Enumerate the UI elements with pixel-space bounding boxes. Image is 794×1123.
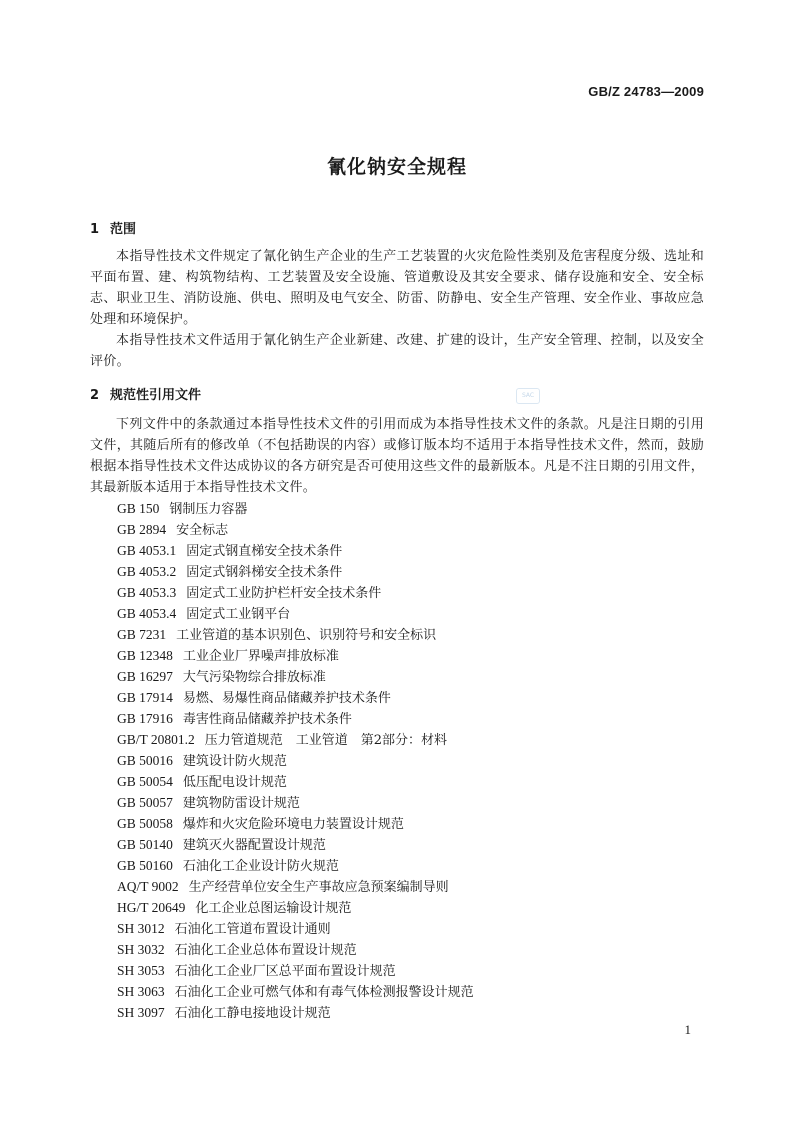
reference-code: GB 7231 [117,627,166,642]
reference-item: SH 3032石油化工企业总体布置设计规范 [117,939,474,960]
reference-item: SH 3012石油化工管道布置设计通则 [117,918,474,939]
reference-code: HG/T 20649 [117,900,185,915]
reference-title: 安全标志 [176,523,228,538]
reference-code: GB 16297 [117,669,173,684]
reference-item: GB 4053.3固定式工业防护栏杆安全技术条件 [117,582,474,603]
references-intro-paragraph: 下列文件中的条款通过本指导性技术文件的引用而成为本指导性技术文件的条款。凡是注日… [90,414,704,498]
reference-item: GB/T 20801.2压力管道规范 工业管道 第2部分：材料 [117,729,474,750]
reference-code: GB 4053.3 [117,585,176,600]
reference-title: 石油化工企业设计防火规范 [183,859,339,874]
reference-title: 石油化工企业厂区总平面布置设计规范 [175,964,396,979]
reference-item: SH 3063石油化工企业可燃气体和有毒气体检测报警设计规范 [117,981,474,1002]
reference-title: 建筑物防雷设计规范 [183,796,300,811]
reference-code: GB 12348 [117,648,173,663]
reference-code: GB 50016 [117,753,173,768]
reference-item: GB 50054低压配电设计规范 [117,771,474,792]
reference-title: 固定式工业钢平台 [186,607,290,622]
reference-item: GB 4053.2固定式钢斜梯安全技术条件 [117,561,474,582]
reference-title: 石油化工管道布置设计通则 [175,922,331,937]
reference-code: SH 3097 [117,1005,165,1020]
reference-code: GB/T 20801.2 [117,732,195,747]
reference-item: GB 50160石油化工企业设计防火规范 [117,855,474,876]
reference-code: SH 3032 [117,942,165,957]
reference-item: GB 2894安全标志 [117,519,474,540]
reference-title: 固定式钢直梯安全技术条件 [186,544,342,559]
reference-item: GB 17914易燃、易爆性商品储藏养护技术条件 [117,687,474,708]
reference-item: GB 50016建筑设计防火规范 [117,750,474,771]
reference-title: 石油化工企业可燃气体和有毒气体检测报警设计规范 [175,985,474,1000]
reference-code: GB 50140 [117,837,173,852]
reference-item: AQ/T 9002生产经营单位安全生产事故应急预案编制导则 [117,876,474,897]
section-number: 2 [90,388,110,403]
scope-paragraph-2: 本指导性技术文件适用于氰化钠生产企业新建、改建、扩建的设计，生产安全管理、控制，… [90,330,704,372]
reference-title: 固定式钢斜梯安全技术条件 [186,565,342,580]
reference-title: 毒害性商品储藏养护技术条件 [183,712,352,727]
reference-item: GB 150钢制压力容器 [117,498,474,519]
reference-code: GB 50058 [117,816,173,831]
reference-item: SH 3053石油化工企业厂区总平面布置设计规范 [117,960,474,981]
reference-title: 爆炸和火灾危险环境电力装置设计规范 [183,817,404,832]
reference-item: GB 4053.4固定式工业钢平台 [117,603,474,624]
reference-title: 固定式工业防护栏杆安全技术条件 [186,586,381,601]
section-title: 范围 [110,222,136,237]
reference-code: GB 4053.4 [117,606,176,621]
reference-code: GB 150 [117,501,159,516]
reference-code: GB 4053.2 [117,564,176,579]
reference-item: GB 12348工业企业厂界噪声排放标准 [117,645,474,666]
reference-title: 压力管道规范 工业管道 第2部分：材料 [205,733,447,748]
sac-watermark-logo: SAC [516,388,540,404]
reference-code: SH 3063 [117,984,165,999]
reference-item: GB 16297大气污染物综合排放标准 [117,666,474,687]
reference-item: GB 4053.1固定式钢直梯安全技术条件 [117,540,474,561]
reference-code: GB 2894 [117,522,166,537]
reference-item: GB 50058爆炸和火灾危险环境电力装置设计规范 [117,813,474,834]
reference-code: GB 50054 [117,774,173,789]
reference-item: GB 7231工业管道的基本识别色、识别符号和安全标识 [117,624,474,645]
reference-title: 易燃、易爆性商品储藏养护技术条件 [183,691,391,706]
section-heading-normative-references: 2规范性引用文件 [90,384,201,403]
reference-item: GB 50140建筑灭火器配置设计规范 [117,834,474,855]
reference-code: SH 3012 [117,921,165,936]
reference-title: 化工企业总图运输设计规范 [195,901,351,916]
reference-title: 建筑灭火器配置设计规范 [183,838,326,853]
reference-code: GB 4053.1 [117,543,176,558]
reference-title: 建筑设计防火规范 [183,754,287,769]
reference-title: 大气污染物综合排放标准 [183,670,326,685]
reference-item: SH 3097石油化工静电接地设计规范 [117,1002,474,1023]
reference-code: GB 17914 [117,690,173,705]
scope-paragraph-1: 本指导性技术文件规定了氰化钠生产企业的生产工艺装置的火灾危险性类别及危害程度分级… [90,246,704,330]
reference-item: GB 17916毒害性商品储藏养护技术条件 [117,708,474,729]
reference-title: 工业企业厂界噪声排放标准 [183,649,339,664]
reference-title: 石油化工静电接地设计规范 [175,1006,331,1021]
section-title: 规范性引用文件 [110,388,201,403]
reference-code: GB 50160 [117,858,173,873]
reference-code: GB 17916 [117,711,173,726]
reference-title: 工业管道的基本识别色、识别符号和安全标识 [176,628,436,643]
reference-code: SH 3053 [117,963,165,978]
reference-code: AQ/T 9002 [117,879,179,894]
reference-title: 钢制压力容器 [169,502,247,517]
section-heading-scope: 1范围 [90,218,136,237]
reference-title: 石油化工企业总体布置设计规范 [175,943,357,958]
standard-number: GB/Z 24783—2009 [588,84,704,99]
reference-item: GB 50057建筑物防雷设计规范 [117,792,474,813]
section-number: 1 [90,222,110,237]
reference-list: GB 150钢制压力容器 GB 2894安全标志 GB 4053.1固定式钢直梯… [117,498,474,1023]
reference-title: 低压配电设计规范 [183,775,287,790]
reference-code: GB 50057 [117,795,173,810]
page-number: 1 [685,1022,692,1038]
document-title: 氰化钠安全规程 [0,152,794,179]
reference-title: 生产经营单位安全生产事故应急预案编制导则 [189,880,449,895]
reference-item: HG/T 20649化工企业总图运输设计规范 [117,897,474,918]
